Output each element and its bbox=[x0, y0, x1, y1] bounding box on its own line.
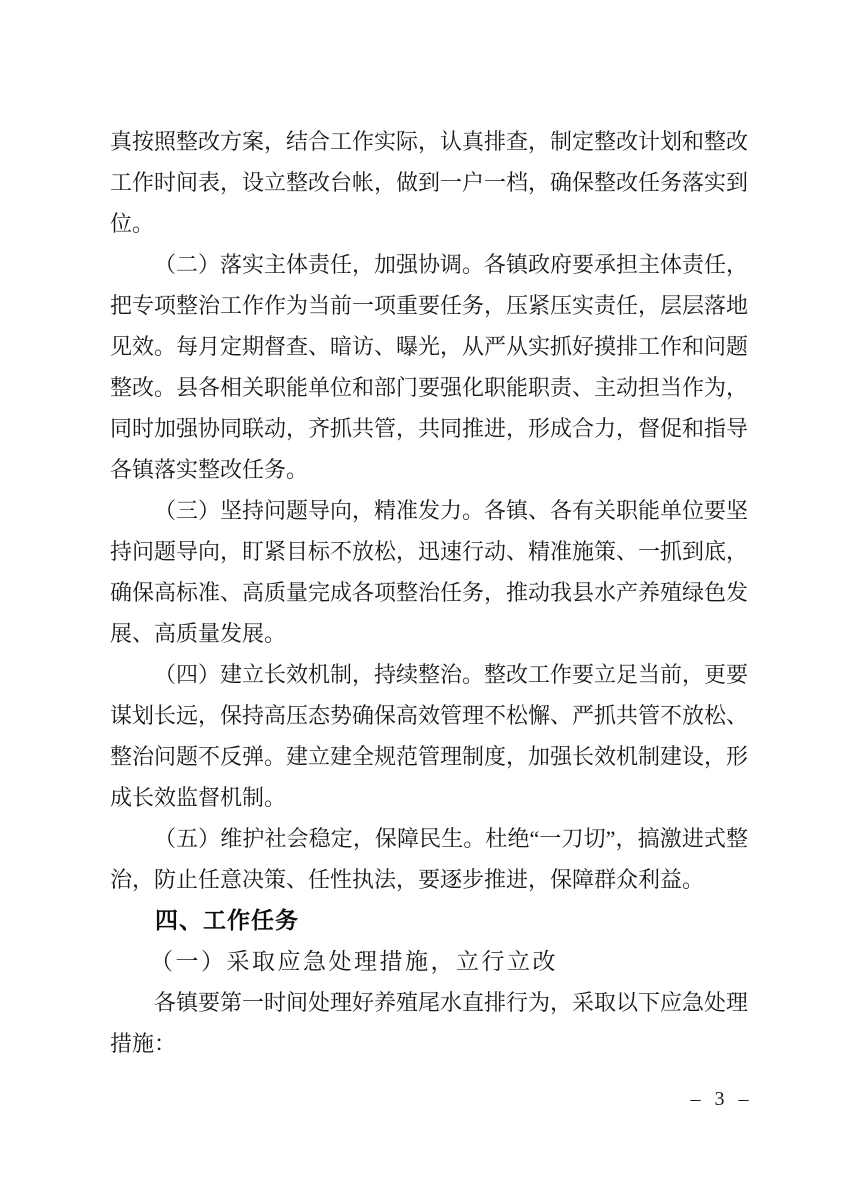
body-paragraph-measures-intro: 各镇要第一时间处理好养殖尾水直排行为，采取以下应急处理措施： bbox=[110, 982, 748, 1064]
document-page: 真按照整改方案，结合工作实际，认真排查，制定整改计划和整改工作时间表，设立整改台… bbox=[0, 0, 850, 1201]
body-paragraph-continued: 真按照整改方案，结合工作实际，认真排查，制定整改计划和整改工作时间表，设立整改台… bbox=[110, 121, 748, 244]
body-paragraph-item-3: （三）坚持问题导向，精准发力。各镇、各有关职能单位要坚持问题导向，盯紧目标不放松… bbox=[110, 490, 748, 654]
body-paragraph-item-2: （二）落实主体责任，加强协调。各镇政府要承担主体责任，把专项整治工作作为当前一项… bbox=[110, 244, 748, 490]
section-heading-work-tasks: 四、工作任务 bbox=[110, 900, 748, 941]
document-body: 真按照整改方案，结合工作实际，认真排查，制定整改计划和整改工作时间表，设立整改台… bbox=[110, 121, 748, 1064]
subsection-heading-emergency-measures: （一）采取应急处理措施，立行立改 bbox=[110, 941, 748, 982]
body-paragraph-item-5: （五）维护社会稳定，保障民生。杜绝“一刀切”，搞激进式整治，防止任意决策、任性执… bbox=[110, 818, 748, 900]
body-paragraph-item-4: （四）建立长效机制，持续整治。整改工作要立足当前，更要谋划长远，保持高压态势确保… bbox=[110, 654, 748, 818]
page-number: – 3 – bbox=[688, 1088, 752, 1111]
